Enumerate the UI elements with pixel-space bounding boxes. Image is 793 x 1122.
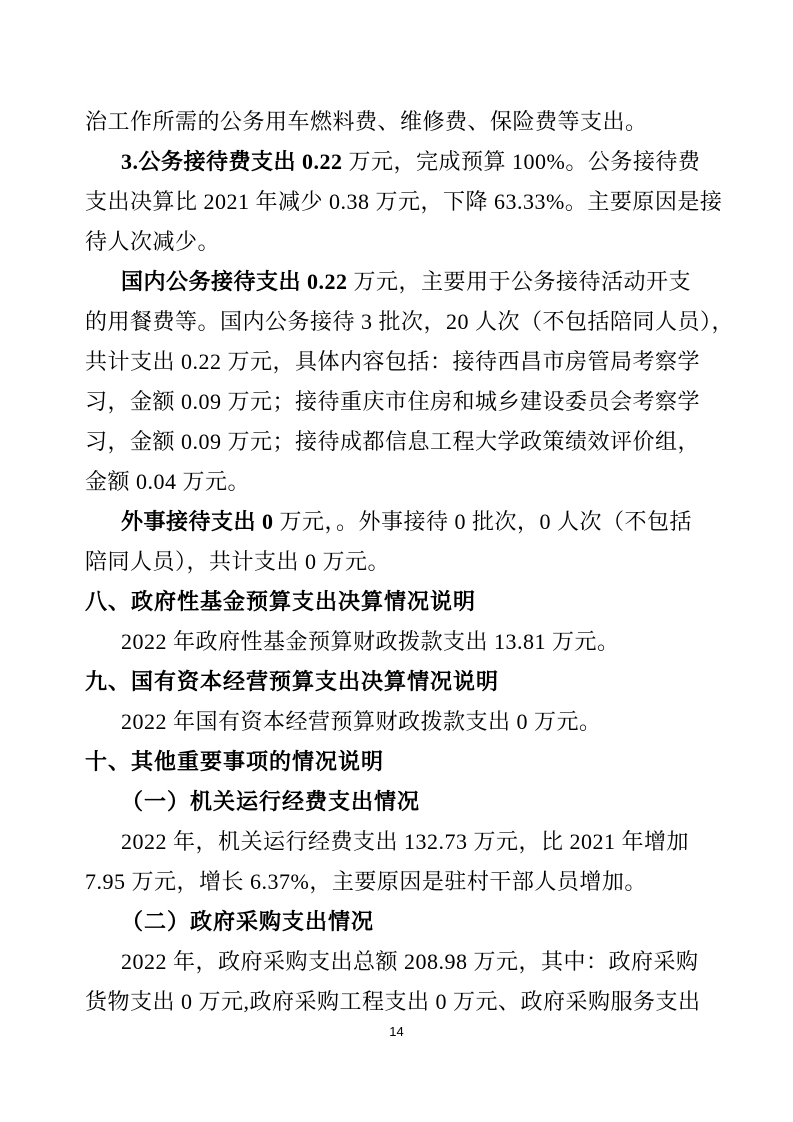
text-run: 支出决算比 2021 年减少 0.38 万元，下降 63.33%。主要原因是接 (85, 189, 722, 214)
bold-run: 3.公务接待费支出 0.22 (121, 149, 343, 174)
text-line: 金额 0.04 万元。 (85, 462, 713, 502)
text-run: 2022 年国有资本经营预算财政拨款支出 0 万元。 (121, 709, 602, 734)
text-line: 国内公务接待支出 0.22 万元，主要用于公务接待活动开支 (85, 262, 713, 302)
text-run: 待人次减少。 (85, 229, 220, 254)
text-line: 待人次减少。 (85, 222, 713, 262)
heading-line: 八、政府性基金预算支出决算情况说明 (85, 582, 713, 622)
heading-line: 九、国有资本经营预算支出决算情况说明 (85, 662, 713, 702)
text-line: 治工作所需的公务用车燃料费、维修费、保险费等支出。 (85, 102, 713, 142)
text-run: 八、政府性基金预算支出决算情况说明 (85, 589, 476, 614)
text-line: 3.公务接待费支出 0.22 万元，完成预算 100%。公务接待费 (85, 142, 713, 182)
text-line: 陪同人员），共计支出 0 万元。 (85, 542, 713, 582)
text-run: （一）机关运行经费支出情况 (121, 789, 420, 814)
text-line: 共计支出 0.22 万元，具体内容包括：接待西昌市房管局考察学 (85, 342, 713, 382)
heading-line: （一）机关运行经费支出情况 (85, 782, 713, 822)
text-line: 的用餐费等。国内公务接待 3 批次，20 人次（不包括陪同人员）， (85, 302, 713, 342)
text-line: 2022 年，政府采购支出总额 208.98 万元，其中：政府采购 (85, 942, 713, 982)
document-body: 治工作所需的公务用车燃料费、维修费、保险费等支出。3.公务接待费支出 0.22 … (85, 102, 713, 1022)
document-page: 治工作所需的公务用车燃料费、维修费、保险费等支出。3.公务接待费支出 0.22 … (0, 0, 793, 1122)
text-line: 2022 年政府性基金预算财政拨款支出 13.81 万元。 (85, 622, 713, 662)
text-run: 金额 0.04 万元。 (85, 469, 250, 494)
text-line: 习，金额 0.09 万元；接待重庆市住房和城乡建设委员会考察学 (85, 382, 713, 422)
bold-run: 外事接待支出 0 (121, 509, 274, 534)
text-run: 2022 年，机关运行经费支出 132.73 万元，比 2021 年增加 (121, 829, 689, 854)
heading-line: 十、其他重要事项的情况说明 (85, 742, 713, 782)
page-footer: 14 (0, 1022, 793, 1042)
text-line: 习，金额 0.09 万元；接待成都信息工程大学政策绩效评价组， (85, 422, 713, 462)
text-run: 陪同人员），共计支出 0 万元。 (85, 549, 390, 574)
page-number: 14 (389, 1024, 403, 1039)
text-run: 万元，主要用于公务接待活动开支 (348, 269, 692, 294)
text-run: 习，金额 0.09 万元；接待重庆市住房和城乡建设委员会考察学 (85, 389, 700, 414)
text-run: 万元，。外事接待 0 批次，0 人次（不包括 (274, 509, 693, 534)
text-run: 货物支出 0 万元,政府采购工程支出 0 万元、政府采购服务支出 (85, 989, 701, 1014)
text-run: 7.95 万元，增长 6.37%，主要原因是驻村干部人员增加。 (85, 869, 647, 894)
text-run: 习，金额 0.09 万元；接待成都信息工程大学政策绩效评价组， (85, 429, 700, 454)
text-run: （二）政府采购支出情况 (121, 909, 374, 934)
text-run: 2022 年政府性基金预算财政拨款支出 13.81 万元。 (121, 629, 620, 654)
text-line: 外事接待支出 0 万元，。外事接待 0 批次，0 人次（不包括 (85, 502, 713, 542)
text-line: 支出决算比 2021 年减少 0.38 万元，下降 63.33%。主要原因是接 (85, 182, 713, 222)
text-line: 2022 年，机关运行经费支出 132.73 万元，比 2021 年增加 (85, 822, 713, 862)
text-run: 治工作所需的公务用车燃料费、维修费、保险费等支出。 (85, 109, 648, 134)
text-line: 7.95 万元，增长 6.37%，主要原因是驻村干部人员增加。 (85, 862, 713, 902)
text-run: 的用餐费等。国内公务接待 3 批次，20 人次（不包括陪同人员）， (85, 309, 734, 334)
text-run: 九、国有资本经营预算支出决算情况说明 (85, 669, 499, 694)
text-run: 十、其他重要事项的情况说明 (85, 749, 384, 774)
text-run: 共计支出 0.22 万元，具体内容包括：接待西昌市房管局考察学 (85, 349, 700, 374)
heading-line: （二）政府采购支出情况 (85, 902, 713, 942)
text-run: 万元，完成预算 100%。公务接待费 (343, 149, 701, 174)
text-line: 货物支出 0 万元,政府采购工程支出 0 万元、政府采购服务支出 (85, 982, 713, 1022)
text-line: 2022 年国有资本经营预算财政拨款支出 0 万元。 (85, 702, 713, 742)
text-run: 2022 年，政府采购支出总额 208.98 万元，其中：政府采购 (121, 949, 699, 974)
bold-run: 国内公务接待支出 0.22 (121, 269, 348, 294)
